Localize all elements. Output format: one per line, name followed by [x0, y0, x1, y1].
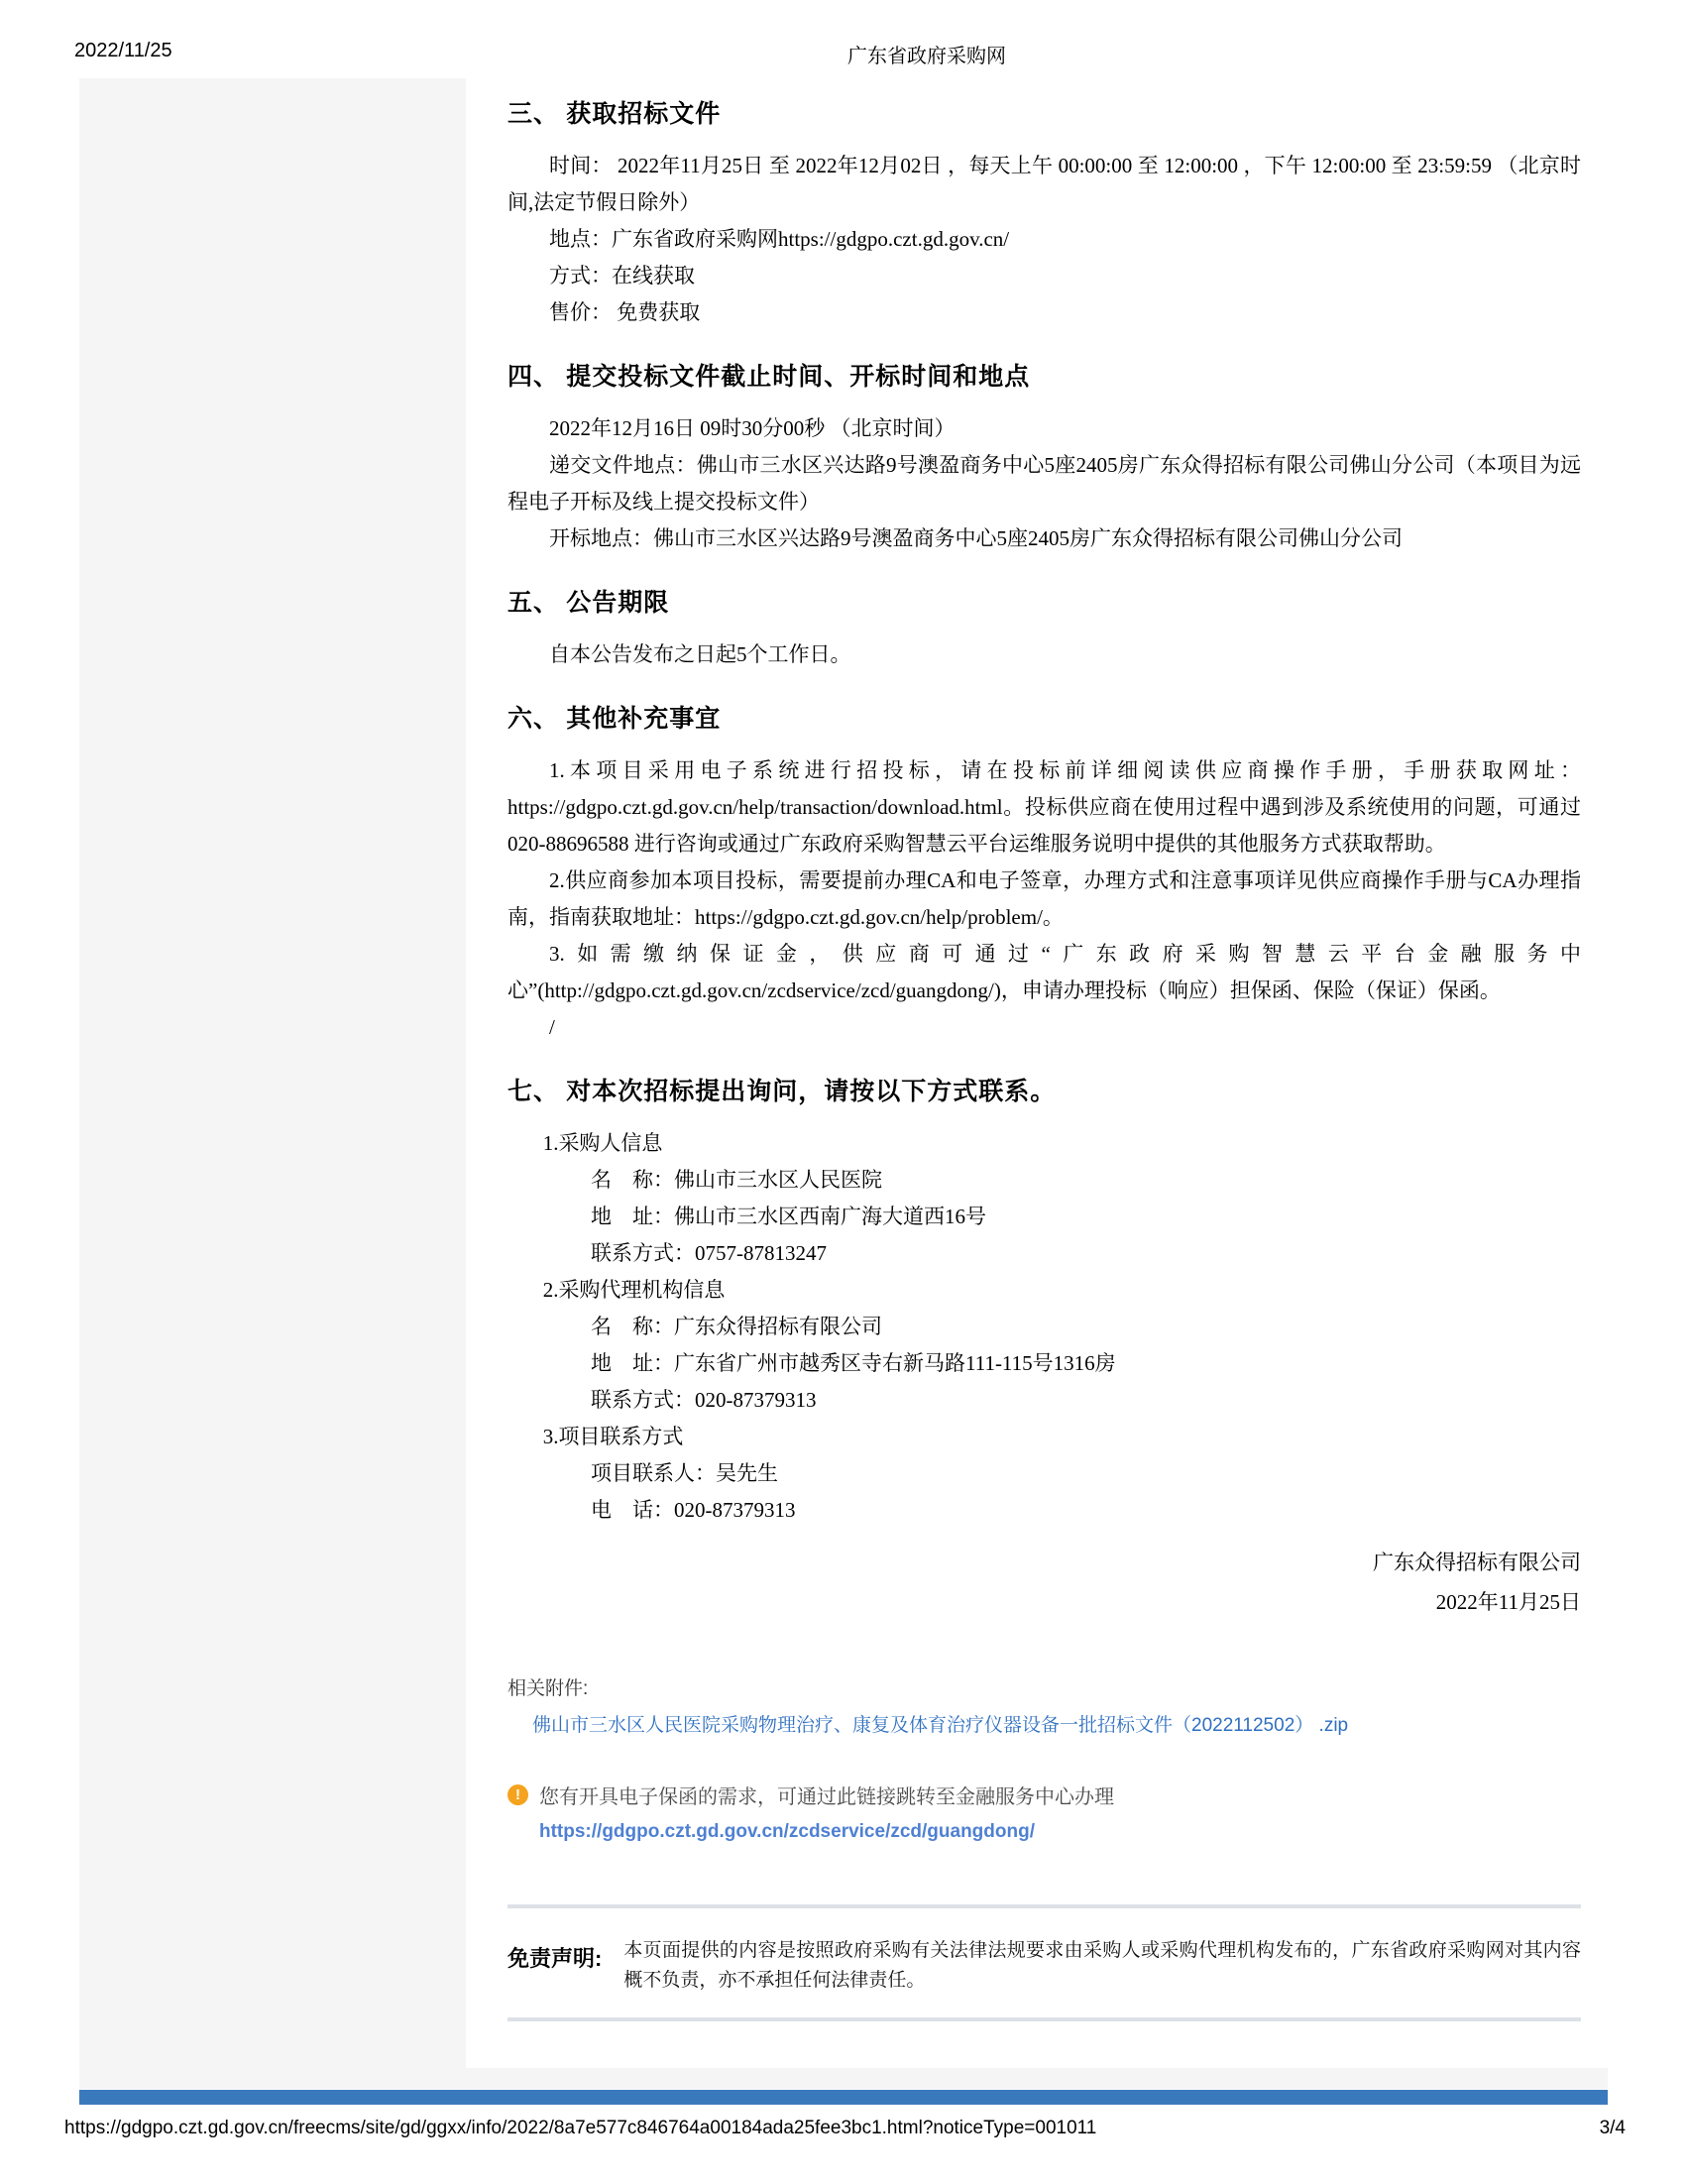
- disclaimer-text: 本页面提供的内容是按照政府采购有关法律法规要求由采购人或采购代理机构发布的，广东…: [623, 1936, 1581, 1996]
- section-4-deadline: 2022年12月16日 09时30分00秒 （北京时间）: [507, 410, 1581, 447]
- section-5-title: 五、 公告期限: [507, 583, 1581, 619]
- section-4-submit-place: 递交文件地点：佛山市三水区兴达路9号澳盈商务中心5座2405房广东众得招标有限公…: [507, 447, 1581, 520]
- signature-company: 广东众得招标有限公司: [507, 1543, 1581, 1582]
- guarantee-notice-text: 您有开具电子保函的需求，可通过此链接跳转至金融服务中心办理: [539, 1781, 1114, 1809]
- section-7-title: 七、 对本次招标提出询问，请按以下方式联系。: [507, 1072, 1581, 1107]
- section-6-item-2: 2.供应商参加本项目投标，需要提前办理CA和电子签章，办理方式和注意事项详见供应…: [507, 862, 1581, 936]
- divider-bottom: [507, 2017, 1581, 2021]
- attachment-file-link[interactable]: 佛山市三水区人民医院采购物理治疗、康复及体育治疗仪器设备一批招标文件（20221…: [532, 1710, 1581, 1737]
- section-3-place: 地点：广东省政府采购网https://gdgpo.czt.gd.gov.cn/: [507, 221, 1581, 258]
- site-title: 广东省政府采购网: [847, 40, 1006, 68]
- section-3-title: 三、 获取招标文件: [507, 94, 1581, 130]
- section-6-item-1: 1.本项目采用电子系统进行招投标，请在投标前详细阅读供应商操作手册，手册获取网址…: [507, 752, 1581, 862]
- announcement-content: 三、 获取招标文件 时间： 2022年11月25日 至 2022年12月02日 …: [466, 78, 1608, 2068]
- section-5-period: 自本公告发布之日起5个工作日。: [507, 636, 1581, 673]
- section-6-item-4: /: [507, 1009, 1581, 1046]
- purchaser-address: 地 址：佛山市三水区西南广海大道西16号: [591, 1199, 1581, 1235]
- attachments-block: 相关附件: 佛山市三水区人民医院采购物理治疗、康复及体育治疗仪器设备一批招标文件…: [507, 1673, 1581, 1737]
- purchaser-contact: 联系方式：0757-87813247: [591, 1235, 1581, 1272]
- section-3-time: 时间： 2022年11月25日 至 2022年12月02日 ，每天上午 00:0…: [507, 148, 1581, 221]
- print-header: 2022/11/25 广东省政府采购网: [74, 40, 1614, 65]
- guarantee-service-link[interactable]: https://gdgpo.czt.gd.gov.cn/zcdservice/z…: [539, 1821, 1581, 1843]
- warning-icon: !: [507, 1784, 528, 1805]
- section-4-title: 四、 提交投标文件截止时间、开标时间和地点: [507, 357, 1581, 393]
- signature-block: 广东众得招标有限公司 2022年11月25日: [507, 1543, 1581, 1622]
- signature-date: 2022年11月25日: [507, 1582, 1581, 1622]
- purchaser-name: 名 称：佛山市三水区人民医院: [591, 1162, 1581, 1199]
- attachments-label: 相关附件:: [507, 1673, 1581, 1700]
- agency-contact: 联系方式：020-87379313: [591, 1382, 1581, 1419]
- guarantee-notice: ! 您有开具电子保函的需求，可通过此链接跳转至金融服务中心办理 https://…: [507, 1781, 1581, 1843]
- section-6-title: 六、 其他补充事宜: [507, 699, 1581, 735]
- agency-info-heading: 2.采购代理机构信息: [543, 1272, 1581, 1309]
- footer-page-number: 3/4: [1600, 2118, 1626, 2139]
- print-date: 2022/11/25: [74, 40, 172, 62]
- section-3-method: 方式：在线获取: [507, 258, 1581, 294]
- agency-name: 名 称：广东众得招标有限公司: [591, 1309, 1581, 1345]
- disclaimer-label: 免责声明:: [507, 1936, 602, 1996]
- print-page: 2022/11/25 广东省政府采购网 三、 获取招标文件 时间： 2022年1…: [0, 0, 1688, 2184]
- project-contact-phone: 电 话：020-87379313: [591, 1492, 1581, 1529]
- purchaser-info-heading: 1.采购人信息: [543, 1125, 1581, 1162]
- divider-top: [507, 1904, 1581, 1908]
- section-4-open-place: 开标地点：佛山市三水区兴达路9号澳盈商务中心5座2405房广东众得招标有限公司佛…: [507, 520, 1581, 557]
- footer-url: https://gdgpo.czt.gd.gov.cn/freecms/site…: [64, 2118, 1096, 2139]
- print-footer: https://gdgpo.czt.gd.gov.cn/freecms/site…: [64, 2118, 1626, 2139]
- disclaimer-block: 免责声明: 本页面提供的内容是按照政府采购有关法律法规要求由采购人或采购代理机构…: [507, 1936, 1581, 1996]
- section-3-price: 售价： 免费获取: [507, 294, 1581, 331]
- project-contact-heading: 3.项目联系方式: [543, 1419, 1581, 1455]
- section-6-item-3: 3.如需缴纳保证金，供应商可通过“广东政府采购智慧云平台金融服务中心”(http…: [507, 936, 1581, 1009]
- project-contact-person: 项目联系人：吴先生: [591, 1455, 1581, 1492]
- site-footer-bar: [79, 2090, 1608, 2105]
- agency-address: 地 址：广东省广州市越秀区寺右新马路111-115号1316房: [591, 1345, 1581, 1382]
